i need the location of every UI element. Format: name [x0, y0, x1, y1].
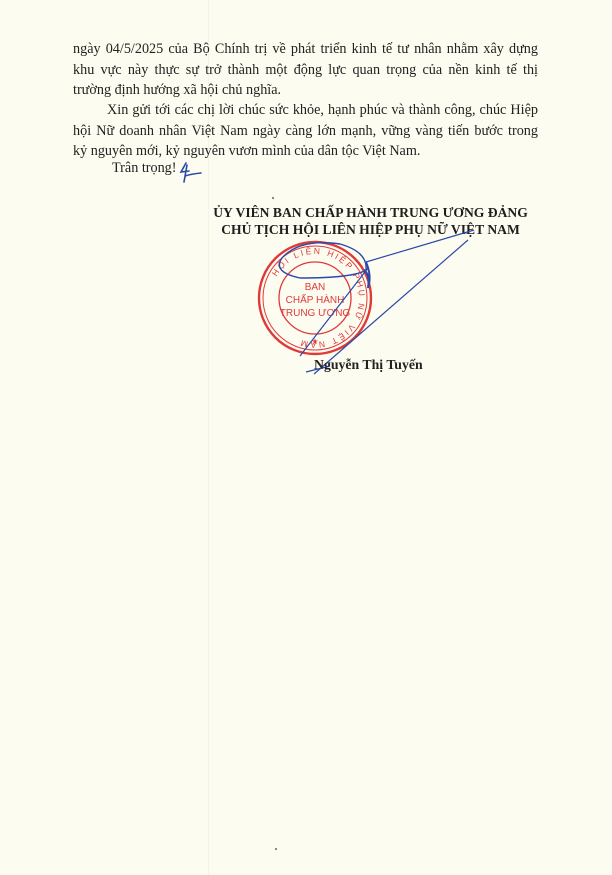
- signer-title-party: ỦY VIÊN BAN CHẤP HÀNH TRUNG ƯƠNG ĐẢNG: [198, 205, 543, 222]
- official-seal-icon: HỘI LIÊN HIỆP PHỤ NỮ VIỆT NAM BAN CHẤP H…: [255, 238, 375, 358]
- signer-title-union: CHỦ TỊCH HỘI LIÊN HIỆP PHỤ NỮ VIỆT NAM: [198, 222, 543, 239]
- handwritten-initial-icon: [177, 160, 205, 184]
- text-line: kỷ nguyên mới, kỷ nguyên vươn mình của d…: [73, 141, 538, 162]
- text-line: trường định hướng xã hội chủ nghĩa.: [73, 80, 538, 101]
- speck: [272, 197, 274, 199]
- document-page: ngày 04/5/2025 của Bộ Chính trị về phát …: [0, 0, 612, 875]
- speck: [275, 848, 277, 850]
- signer-name: Nguyễn Thị Tuyến: [314, 357, 423, 373]
- paragraph-wishes: Xin gửi tới các chị lời chúc sức khỏe, h…: [73, 100, 538, 162]
- text-line: hội Nữ doanh nhân Việt Nam ngày càng lớn…: [73, 121, 538, 142]
- signature-block: ỦY VIÊN BAN CHẤP HÀNH TRUNG ƯƠNG ĐẢNG CH…: [198, 205, 543, 238]
- text-line: khu vực này thực sự trở thành một động l…: [73, 60, 538, 81]
- paragraph-resolution: ngày 04/5/2025 của Bộ Chính trị về phát …: [73, 39, 538, 101]
- svg-text:CHẤP HÀNH: CHẤP HÀNH: [286, 293, 345, 306]
- text-line: Xin gửi tới các chị lời chúc sức khỏe, h…: [73, 100, 538, 121]
- text-line: ngày 04/5/2025 của Bộ Chính trị về phát …: [73, 39, 538, 60]
- closing-salutation: Trân trọng!: [112, 160, 177, 177]
- svg-text:★: ★: [311, 337, 318, 346]
- svg-text:BAN: BAN: [305, 282, 326, 293]
- svg-text:TRUNG ƯƠNG: TRUNG ƯƠNG: [280, 308, 351, 319]
